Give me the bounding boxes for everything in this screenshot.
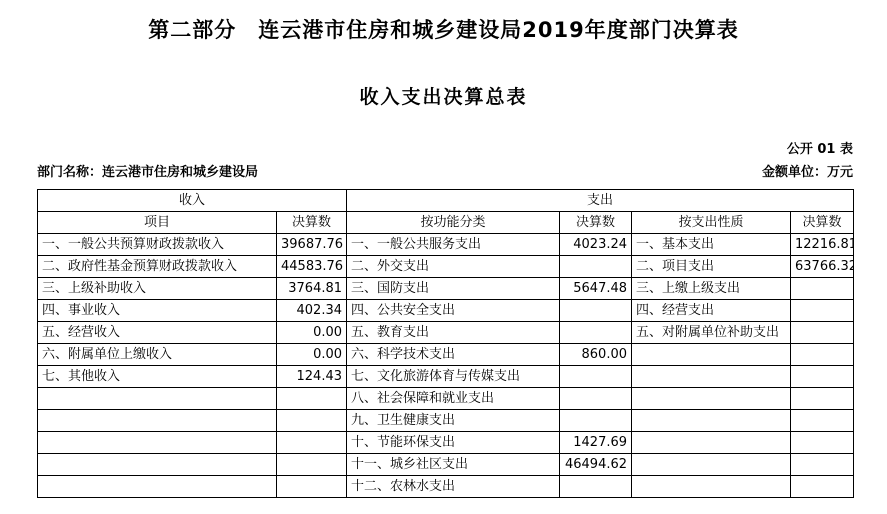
functional-item-cell: 七、文化旅游体育与传媒支出 <box>347 366 560 388</box>
column-header-row: 项目 决算数 按功能分类 决算数 按支出性质 决算数 <box>38 212 854 234</box>
nature-item-cell: 五、对附属单位补助支出 <box>632 322 791 344</box>
income-item-cell <box>38 410 277 432</box>
document-page: 第二部分 连云港市住房和城乡建设局2019年度部门决算表 收入支出决算总表 公开… <box>0 0 887 514</box>
income-value-cell <box>277 410 347 432</box>
table-row: 三、上级补助收入3764.81三、国防支出5647.48三、上缴上级支出 <box>38 278 854 300</box>
nature-value-cell <box>791 300 854 322</box>
nature-item-cell <box>632 366 791 388</box>
table-row: 二、政府性基金预算财政拨款收入44583.76二、外交支出 二、项目支出6376… <box>38 256 854 278</box>
income-value-cell: 402.34 <box>277 300 347 322</box>
functional-item-cell: 三、国防支出 <box>347 278 560 300</box>
nature-value-cell <box>791 432 854 454</box>
functional-item-cell: 十、节能环保支出 <box>347 432 560 454</box>
table-row: 四、事业收入402.34四、公共安全支出 四、经营支出 <box>38 300 854 322</box>
nature-value-cell <box>791 278 854 300</box>
nature-value-cell <box>791 366 854 388</box>
section-header-row: 收入 支出 <box>38 190 854 212</box>
income-value-cell: 44583.76 <box>277 256 347 278</box>
income-value-cell: 0.00 <box>277 344 347 366</box>
column-header-functional-amount: 决算数 <box>560 212 632 234</box>
functional-item-cell: 五、教育支出 <box>347 322 560 344</box>
table-row: 十二、农林水支出 <box>38 476 854 498</box>
functional-value-cell: 860.00 <box>560 344 632 366</box>
income-item-cell: 六、附属单位上缴收入 <box>38 344 277 366</box>
income-expenditure-summary-table: 收入 支出 项目 决算数 按功能分类 决算数 按支出性质 决算数 一、一般公共预… <box>37 189 854 498</box>
functional-value-cell <box>560 476 632 498</box>
nature-value-cell <box>791 322 854 344</box>
nature-item-cell <box>632 410 791 432</box>
income-item-cell <box>38 476 277 498</box>
nature-value-cell <box>791 476 854 498</box>
nature-value-cell <box>791 454 854 476</box>
income-value-cell: 0.00 <box>277 322 347 344</box>
income-value-cell <box>277 432 347 454</box>
functional-item-cell: 十一、城乡社区支出 <box>347 454 560 476</box>
functional-item-cell: 八、社会保障和就业支出 <box>347 388 560 410</box>
column-header-income-amount: 决算数 <box>277 212 347 234</box>
nature-value-cell: 63766.32 <box>791 256 854 278</box>
income-item-cell: 七、其他收入 <box>38 366 277 388</box>
column-header-nature-amount: 决算数 <box>791 212 854 234</box>
functional-value-cell: 4023.24 <box>560 234 632 256</box>
table-row: 一、一般公共预算财政拨款收入39687.76一、一般公共服务支出4023.24一… <box>38 234 854 256</box>
nature-item-cell: 一、基本支出 <box>632 234 791 256</box>
column-header-expenditure-nature: 按支出性质 <box>632 212 791 234</box>
income-item-cell <box>38 454 277 476</box>
functional-value-cell: 5647.48 <box>560 278 632 300</box>
income-value-cell <box>277 454 347 476</box>
income-item-cell: 三、上级补助收入 <box>38 278 277 300</box>
table-row: 七、其他收入124.43七、文化旅游体育与传媒支出 <box>38 366 854 388</box>
amount-unit-label: 金额单位：万元 <box>762 161 853 180</box>
income-item-cell: 四、事业收入 <box>38 300 277 322</box>
functional-value-cell <box>560 410 632 432</box>
table-row: 五、经营收入0.00五、教育支出 五、对附属单位补助支出 <box>38 322 854 344</box>
column-header-income-item: 项目 <box>38 212 277 234</box>
income-value-cell <box>277 388 347 410</box>
nature-item-cell: 二、项目支出 <box>632 256 791 278</box>
functional-value-cell <box>560 388 632 410</box>
functional-item-cell: 九、卫生健康支出 <box>347 410 560 432</box>
income-value-cell <box>277 476 347 498</box>
table-row: 六、附属单位上缴收入0.00六、科学技术支出860.00 <box>38 344 854 366</box>
expenditure-section-header: 支出 <box>347 190 854 212</box>
document-title: 第二部分 连云港市住房和城乡建设局2019年度部门决算表 <box>0 14 887 44</box>
functional-value-cell: 1427.69 <box>560 432 632 454</box>
nature-value-cell <box>791 388 854 410</box>
nature-item-cell <box>632 344 791 366</box>
column-header-functional-classification: 按功能分类 <box>347 212 560 234</box>
nature-value-cell: 12216.81 <box>791 234 854 256</box>
table-title: 收入支出决算总表 <box>0 82 887 109</box>
table-row: 十、节能环保支出1427.69 <box>38 432 854 454</box>
table-row: 九、卫生健康支出 <box>38 410 854 432</box>
functional-value-cell: 46494.62 <box>560 454 632 476</box>
table-row: 八、社会保障和就业支出 <box>38 388 854 410</box>
functional-item-cell: 二、外交支出 <box>347 256 560 278</box>
income-value-cell: 3764.81 <box>277 278 347 300</box>
nature-item-cell: 三、上缴上级支出 <box>632 278 791 300</box>
income-value-cell: 39687.76 <box>277 234 347 256</box>
nature-value-cell <box>791 410 854 432</box>
functional-item-cell: 四、公共安全支出 <box>347 300 560 322</box>
department-name-label: 部门名称：连云港市住房和城乡建设局 <box>37 161 258 180</box>
nature-item-cell: 四、经营支出 <box>632 300 791 322</box>
income-item-cell <box>38 432 277 454</box>
functional-item-cell: 十二、农林水支出 <box>347 476 560 498</box>
nature-item-cell <box>632 454 791 476</box>
nature-item-cell <box>632 476 791 498</box>
income-section-header: 收入 <box>38 190 347 212</box>
nature-value-cell <box>791 344 854 366</box>
nature-item-cell <box>632 388 791 410</box>
meta-row: 部门名称：连云港市住房和城乡建设局 金额单位：万元 <box>37 161 853 180</box>
table-code-label: 公开 01 表 <box>787 138 853 157</box>
nature-item-cell <box>632 432 791 454</box>
functional-value-cell <box>560 256 632 278</box>
functional-value-cell <box>560 322 632 344</box>
functional-value-cell <box>560 300 632 322</box>
table-row: 十一、城乡社区支出46494.62 <box>38 454 854 476</box>
income-item-cell: 一、一般公共预算财政拨款收入 <box>38 234 277 256</box>
table-body: 一、一般公共预算财政拨款收入39687.76一、一般公共服务支出4023.24一… <box>38 234 854 498</box>
functional-value-cell <box>560 366 632 388</box>
income-item-cell <box>38 388 277 410</box>
income-item-cell: 二、政府性基金预算财政拨款收入 <box>38 256 277 278</box>
income-item-cell: 五、经营收入 <box>38 322 277 344</box>
income-value-cell: 124.43 <box>277 366 347 388</box>
functional-item-cell: 六、科学技术支出 <box>347 344 560 366</box>
functional-item-cell: 一、一般公共服务支出 <box>347 234 560 256</box>
